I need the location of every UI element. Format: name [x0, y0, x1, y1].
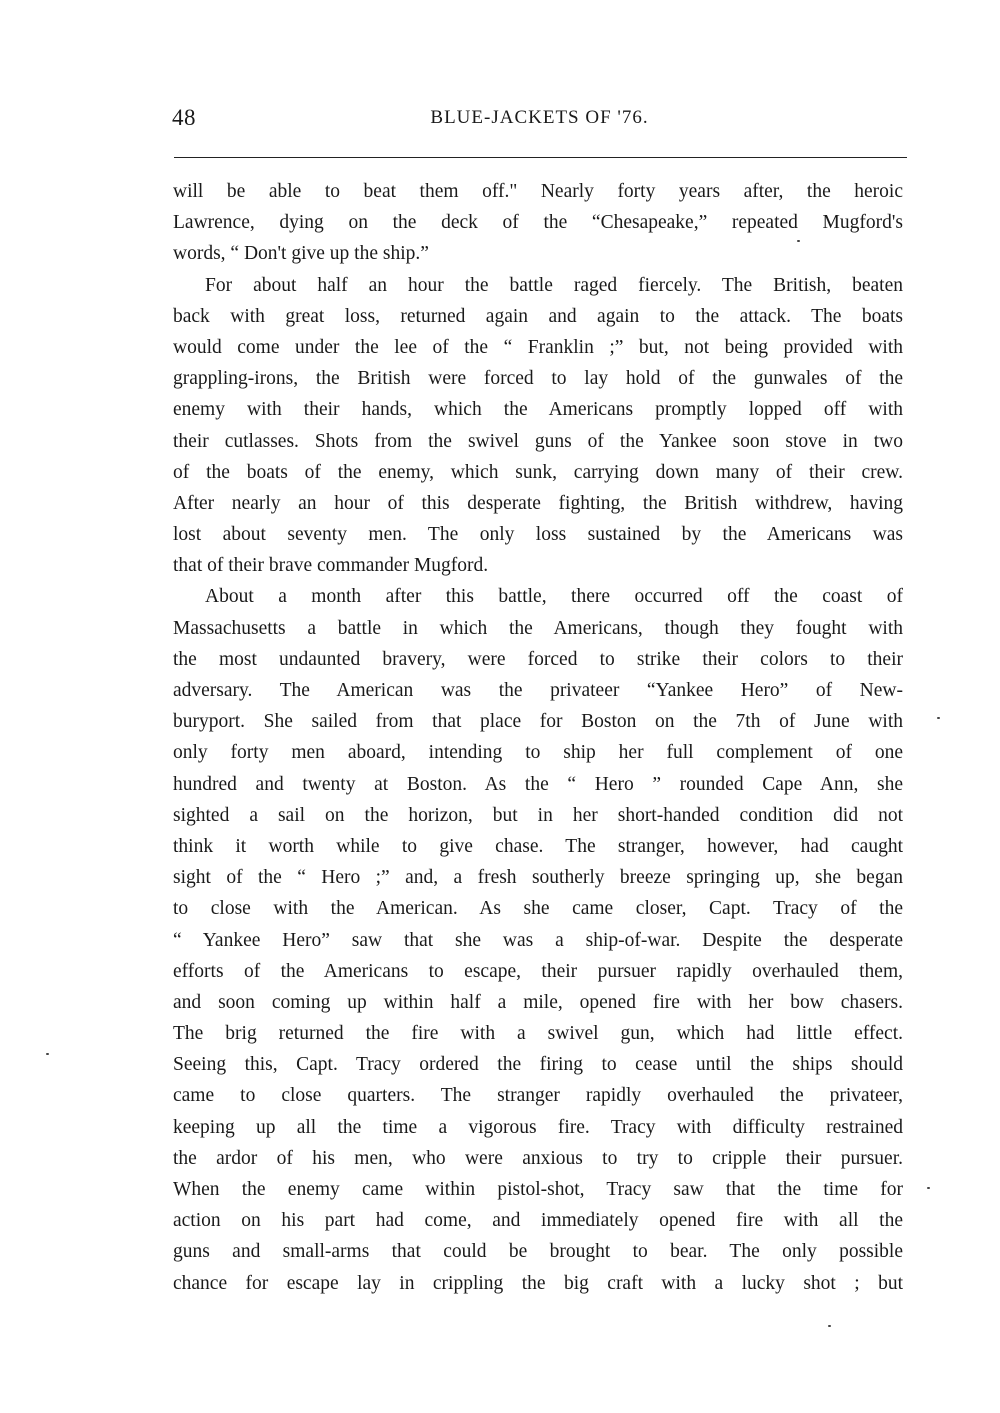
text-line: lost about seventy men. The only loss su… — [173, 519, 903, 550]
text-line: sight of the “ Hero ;” and, a fresh sout… — [173, 862, 903, 893]
running-head: 48 BLUE-JACKETS OF '76. — [172, 105, 907, 139]
text-line: adversary. The American was the privatee… — [173, 675, 903, 706]
text-line: grappling-irons, the British were forced… — [173, 363, 903, 394]
text-line: their cutlasses. Shots from the swivel g… — [173, 426, 903, 457]
paragraph: will be able to beat them off." Nearly f… — [173, 176, 903, 270]
text-line: After nearly an hour of this desperate f… — [173, 488, 903, 519]
text-line: Lawrence, dying on the deck of the “Ches… — [173, 207, 903, 238]
scan-speck — [46, 1053, 49, 1055]
text-line: “ Yankee Hero” saw that she was a ship-o… — [173, 925, 903, 956]
scan-speck — [937, 717, 940, 719]
running-title: BLUE-JACKETS OF '76. — [172, 107, 907, 129]
text-line: About a month after this battle, there o… — [173, 581, 903, 612]
paragraph: For about half an hour the battle raged … — [173, 270, 903, 582]
text-line: keeping up all the time a vigorous fire.… — [173, 1112, 903, 1143]
text-line: Seeing this, Capt. Tracy ordered the fir… — [173, 1049, 903, 1080]
text-line: buryport. She sailed from that place for… — [173, 706, 903, 737]
text-line: For about half an hour the battle raged … — [173, 270, 903, 301]
text-line: guns and small-arms that could be brough… — [173, 1236, 903, 1267]
text-line: back with great loss, returned again and… — [173, 301, 903, 332]
text-line: sighted a sail on the horizon, but in he… — [173, 800, 903, 831]
text-line: efforts of the Americans to escape, thei… — [173, 956, 903, 987]
text-line: the ardor of his men, who were anxious t… — [173, 1143, 903, 1174]
text-line: came to close quarters. The stranger rap… — [173, 1080, 903, 1111]
text-line: When the enemy came within pistol-shot, … — [173, 1174, 903, 1205]
text-line: will be able to beat them off." Nearly f… — [173, 176, 903, 207]
scan-speck — [828, 1325, 831, 1327]
text-line: of the boats of the enemy, which sunk, c… — [173, 457, 903, 488]
text-line: would come under the lee of the “ Frankl… — [173, 332, 903, 363]
text-line: Massachusetts a battle in which the Amer… — [173, 613, 903, 644]
text-line: only forty men aboard, intending to ship… — [173, 737, 903, 768]
body-text: will be able to beat them off." Nearly f… — [173, 176, 903, 1299]
text-line: that of their brave commander Mugford. — [173, 550, 903, 581]
book-page: 48 BLUE-JACKETS OF '76. will be able to … — [0, 0, 1000, 1413]
text-line: the most undaunted bravery, were forced … — [173, 644, 903, 675]
text-line: The brig returned the fire with a swivel… — [173, 1018, 903, 1049]
text-line: to close with the American. As she came … — [173, 893, 903, 924]
text-line: think it worth while to give chase. The … — [173, 831, 903, 862]
header-rule — [174, 157, 907, 158]
scan-speck — [797, 240, 800, 242]
text-line: enemy with their hands, which the Americ… — [173, 394, 903, 425]
text-line: and soon coming up within half a mile, o… — [173, 987, 903, 1018]
paragraph: About a month after this battle, there o… — [173, 581, 903, 1298]
text-line: action on his part had come, and immedia… — [173, 1205, 903, 1236]
text-line: hundred and twenty at Boston. As the “ H… — [173, 769, 903, 800]
scan-speck — [927, 1187, 930, 1189]
text-line: words, “ Don't give up the ship.” — [173, 238, 903, 269]
text-line: chance for escape lay in crippling the b… — [173, 1268, 903, 1299]
